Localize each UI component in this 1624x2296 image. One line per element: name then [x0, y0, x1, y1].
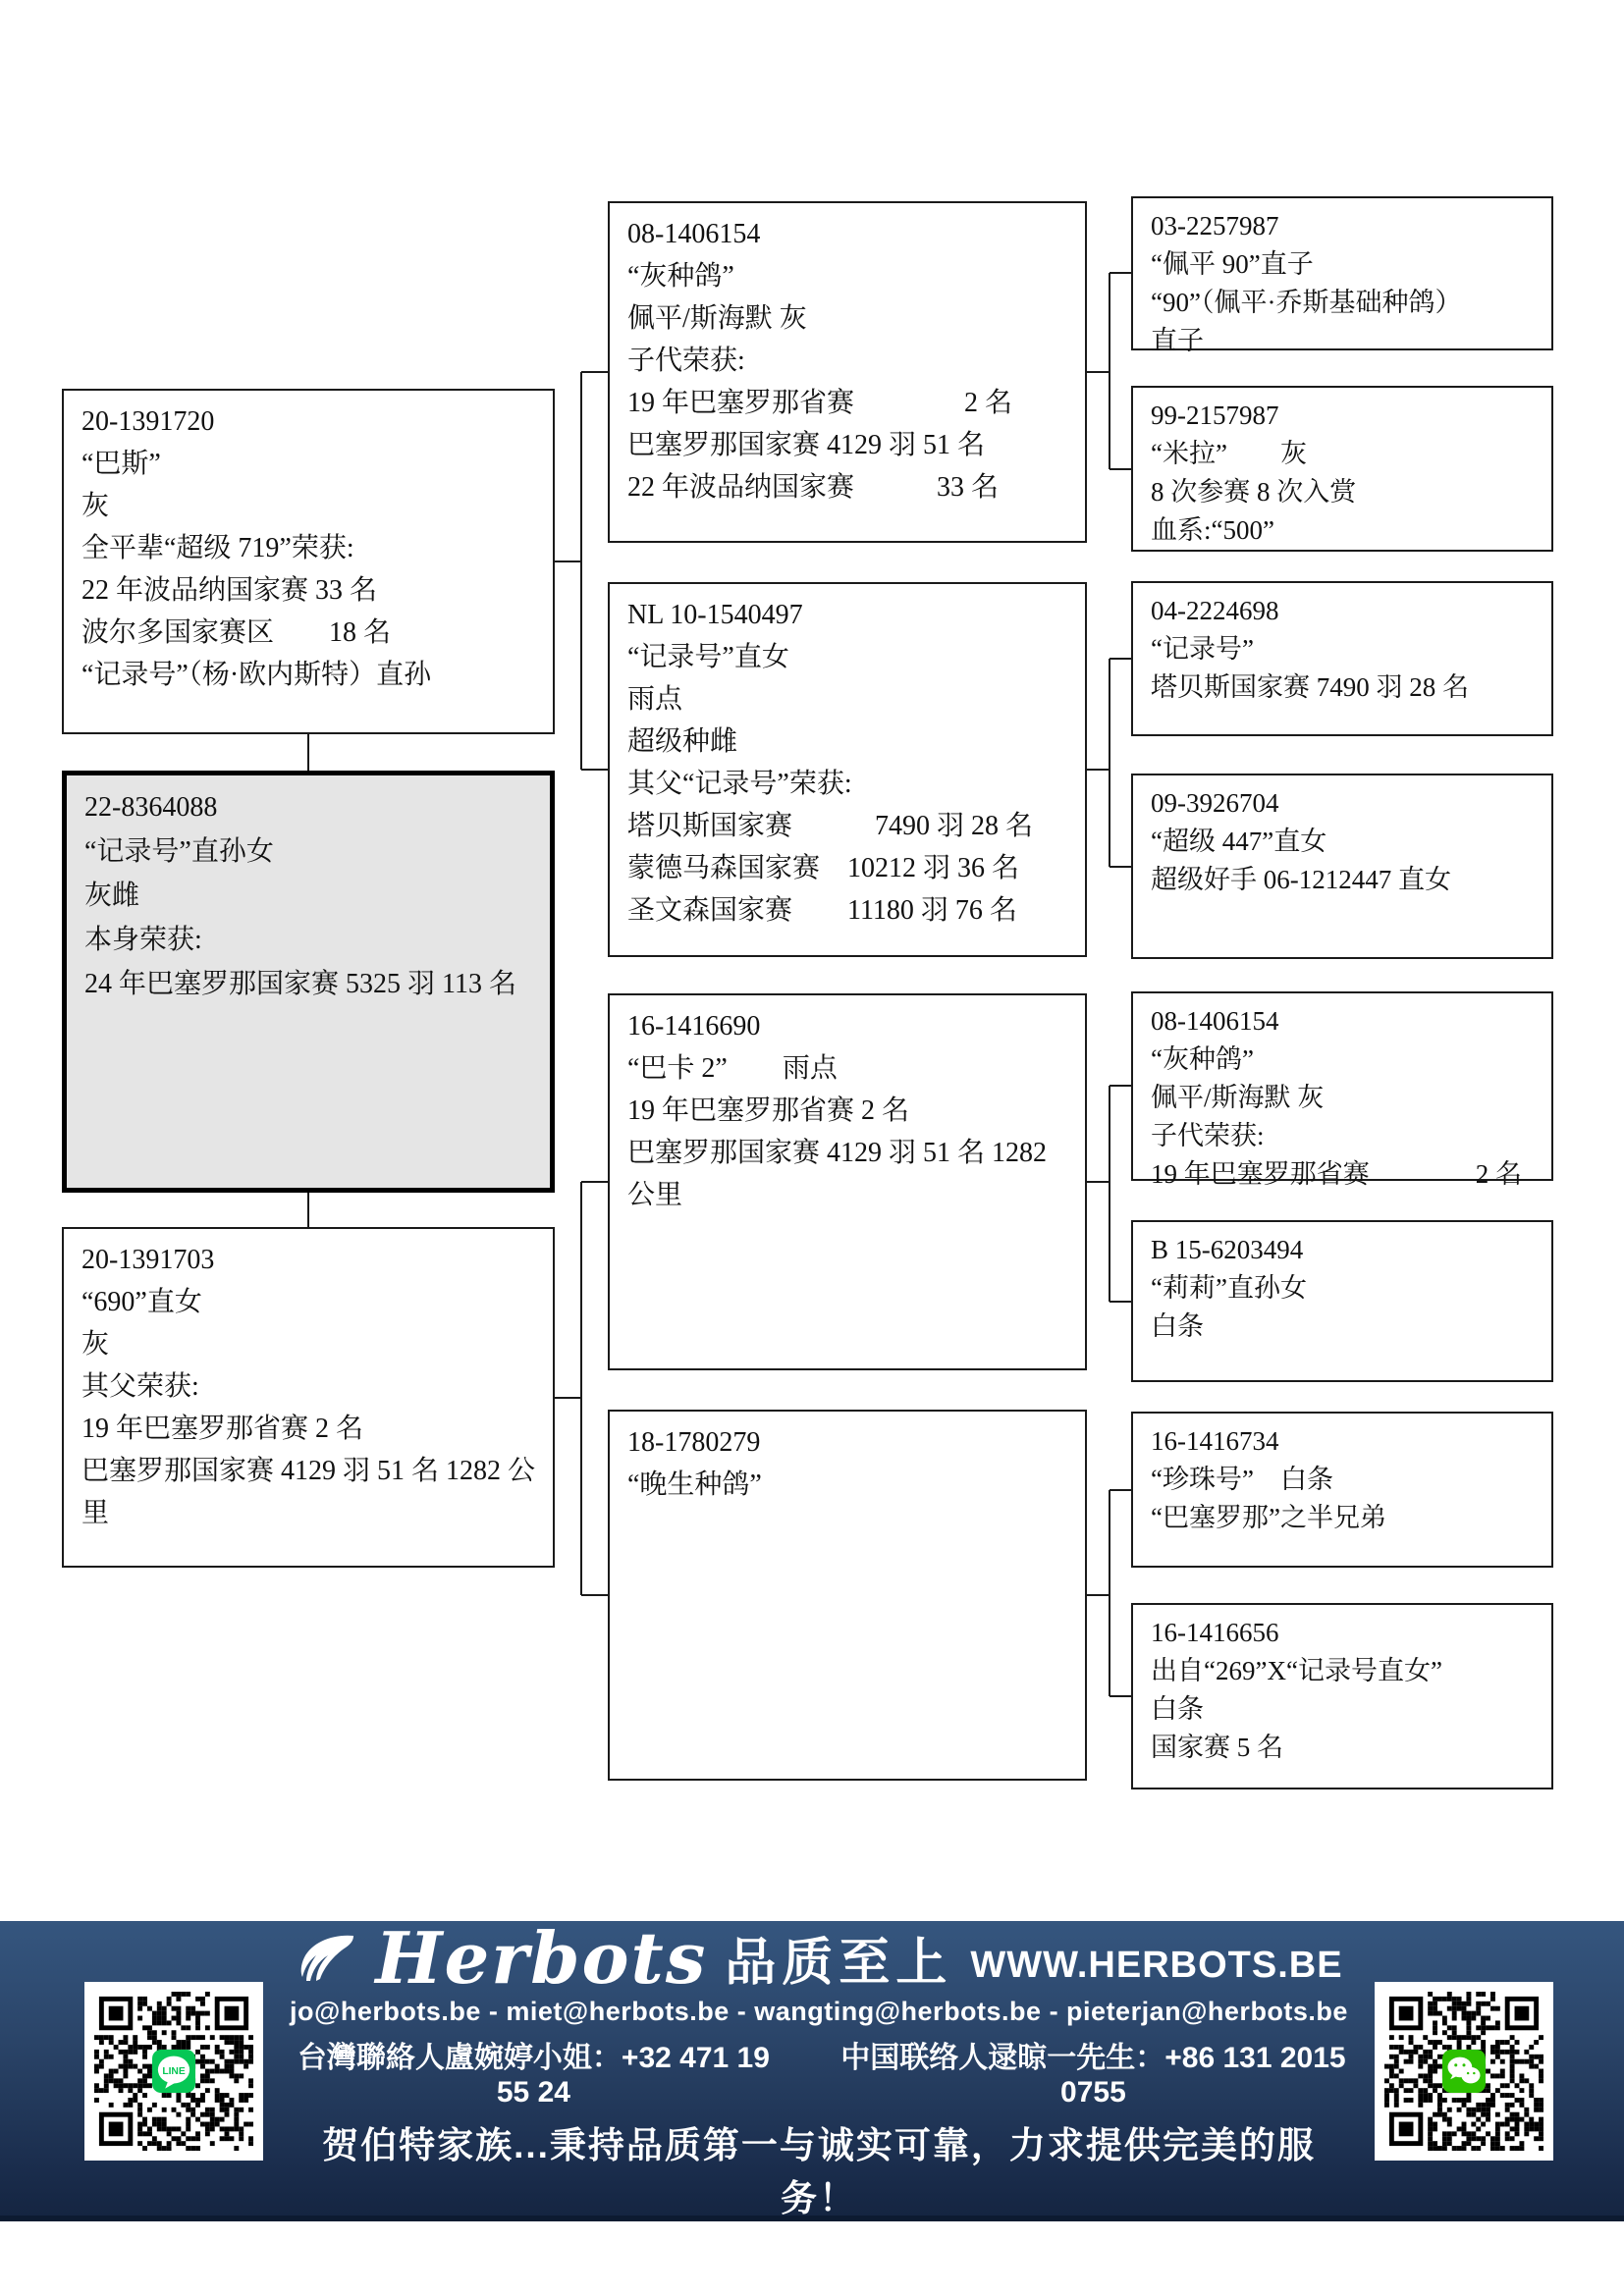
pedigree-box-dam-dam: 18-1780279“晚生种鸽” — [608, 1410, 1087, 1781]
china-contact: 中国联络人逯晾一先生：+86 131 2015 0755 — [836, 2033, 1351, 2109]
pedigree-box-grandparent-5: 08-1406154“灰种鸽”佩平/斯海默 灰子代荣获:19 年巴塞罗那省赛 2… — [1131, 991, 1553, 1181]
footer-content: Herbots 品质至上 WWW.HERBOTS.BE jo@herbots.b… — [263, 1921, 1375, 2221]
herbots-logo: Herbots — [375, 1922, 707, 1995]
feather-icon — [295, 1932, 357, 1985]
line-qr-code: LINE — [84, 1982, 263, 2161]
pedigree-box-grandparent-6: B 15-6203494“莉莉”直孙女白条 — [1131, 1220, 1553, 1382]
pedigree-page: 20-1391720“巴斯”灰全平辈“超级 719”荣获:22 年波品纳国家赛 … — [0, 0, 1624, 2296]
pedigree-box-subject: 22-8364088“记录号”直孙女灰雌本身荣获:24 年巴塞罗那国家赛 532… — [62, 771, 555, 1193]
pedigree-box-dam-sire: 16-1416690“巴卡 2” 雨点19 年巴塞罗那省赛 2 名巴塞罗那国家赛… — [608, 993, 1087, 1370]
footer-slogan: 贺伯特家族...秉持品质第一与诚实可靠，力求提供完美的服务！ — [287, 2115, 1351, 2221]
wechat-app-icon — [1442, 2050, 1486, 2093]
pedigree-box-sire-dam: NL 10-1540497“记录号”直女雨点超级种雌其父“记录号”荣获:塔贝斯国… — [608, 582, 1087, 957]
pedigree-box-sire-sire: 08-1406154“灰种鸽”佩平/斯海默 灰子代荣获:19 年巴塞罗那省赛 2… — [608, 201, 1087, 543]
brand-tagline: 品质至上 — [725, 1921, 952, 1995]
contact-phones: 台灣聯絡人盧婉婷小姐：+32 471 19 55 24 中国联络人逯晾一先生：+… — [287, 2033, 1351, 2109]
pedigree-box-dam: 20-1391703“690”直女灰其父荣获:19 年巴塞罗那省赛 2 名巴塞罗… — [62, 1227, 555, 1568]
wechat-qr-code — [1375, 1982, 1553, 2161]
contact-emails: jo@herbots.be - miet@herbots.be - wangti… — [287, 1997, 1351, 2027]
svg-text:LINE: LINE — [162, 2066, 186, 2077]
taiwan-contact: 台灣聯絡人盧婉婷小姐：+32 471 19 55 24 — [287, 2033, 781, 2109]
website-url: WWW.HERBOTS.BE — [970, 1945, 1342, 1995]
pedigree-box-grandparent-1: 03-2257987“佩平 90”直子“90”（佩平·乔斯基础种鸽）直子 — [1131, 196, 1553, 350]
pedigree-box-grandparent-4: 09-3926704“超级 447”直女超级好手 06-1212447 直女 — [1131, 774, 1553, 959]
pedigree-box-grandparent-2: 99-2157987“米拉” 灰8 次参赛 8 次入赏血系:“500” — [1131, 386, 1553, 552]
pedigree-box-sire: 20-1391720“巴斯”灰全平辈“超级 719”荣获:22 年波品纳国家赛 … — [62, 389, 555, 734]
line-app-icon: LINE — [152, 2050, 195, 2093]
pedigree-box-grandparent-8: 16-1416656出自“269”X“记录号直女”白条国家赛 5 名 — [1131, 1603, 1553, 1789]
pedigree-box-grandparent-3: 04-2224698“记录号”塔贝斯国家赛 7490 羽 28 名 — [1131, 581, 1553, 736]
brand-row: Herbots 品质至上 WWW.HERBOTS.BE — [287, 1921, 1351, 1995]
pedigree-box-grandparent-7: 16-1416734“珍珠号” 白条“巴塞罗那”之半兄弟 — [1131, 1412, 1553, 1568]
footer-banner: LINE Herbots 品质至上 WWW.HERBOTS.BE jo@herb… — [0, 1921, 1624, 2221]
